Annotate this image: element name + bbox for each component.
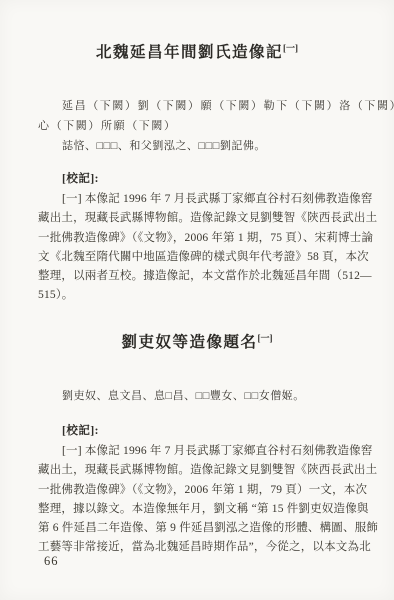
inscription-line: 劉吏奴、息文昌、息□昌、□□豐女、□□女僧姬。: [38, 386, 368, 406]
collation-line: 第 6 件延昌二年造像、第 9 件延昌劉泓之造像的形體、構圖、服飾: [38, 519, 368, 538]
section2-title: 劉吏奴等造像題名[一]: [0, 330, 394, 352]
collation-line: 515）。: [38, 286, 368, 305]
collation-line: [一] 本像記 1996 年 7 月長武縣丁家鄉直谷村石刻佛教造像窖: [38, 442, 368, 461]
section2-title-text: 劉吏奴等造像題名: [121, 334, 257, 351]
collation-line: 藏出土，現藏長武縣博物館。造像記錄文見劉雙智《陝西長武出土: [38, 209, 368, 228]
section2-footnote-marker: [一]: [258, 333, 273, 343]
collation-line: 整理，以兩者互校。據造像記，本文當作於北魏延昌年間（512—: [38, 267, 368, 286]
collation-line: 一批佛教造像碑》（《文物》，2006 年第 1 期，75 頁）、宋莉博士論: [38, 229, 368, 248]
section1-title-text: 北魏延昌年間劉氏造像記: [96, 44, 283, 61]
section1-title: 北魏延昌年間劉氏造像記[一]: [0, 40, 394, 62]
collation-line: 一批佛教造像碑》（《文物》，2006 年第 1 期，79 頁）一文，本次: [38, 481, 368, 500]
section1-collation-header: [校記]:: [62, 170, 99, 186]
inscription-line: 延昌（下闕）劉（下闕）願（下闕）勒下（下闕）洛（下闕）: [38, 96, 368, 116]
section2-collation-note: [一] 本像記 1996 年 7 月長武縣丁家鄉直谷村石刻佛教造像窖 藏出土，現…: [38, 442, 368, 558]
collation-line: 工藝等非常接近，當為北魏延昌時期作品”，今從之，以本文為北: [38, 538, 368, 557]
inscription-line: 心（下闕）所願（下闕）: [38, 116, 368, 136]
page-number: 66: [44, 554, 59, 569]
section1-inscription: 延昌（下闕）劉（下闕）願（下闕）勒下（下闕）洛（下闕） 心（下闕）所願（下闕） …: [38, 96, 368, 156]
section2-inscription: 劉吏奴、息文昌、息□昌、□□豐女、□□女僧姬。: [38, 386, 368, 406]
section1-footnote-marker: [一]: [283, 43, 298, 53]
collation-line: [一] 本像記 1996 年 7 月長武縣丁家鄉直谷村石刻佛教造像窖: [38, 190, 368, 209]
section1-collation-note: [一] 本像記 1996 年 7 月長武縣丁家鄉直谷村石刻佛教造像窖 藏出土，現…: [38, 190, 368, 306]
inscription-line: 誌悋、□□□、和父劉泓之、□□□劉記佛。: [38, 136, 368, 156]
collation-line: 整理，據以錄文。本造像無年月，劉文稱 “第 15 件劉吏奴造像與: [38, 500, 368, 519]
book-page: 北魏延昌年間劉氏造像記[一] 延昌（下闕）劉（下闕）願（下闕）勒下（下闕）洛（下…: [0, 0, 394, 600]
section2-collation-header: [校記]:: [62, 422, 99, 438]
collation-line: 文《北魏至隋代關中地區造像碑的樣式與年代考證》58 頁，本次: [38, 248, 368, 267]
collation-line: 藏出土，現藏長武縣博物館。造像記錄文見劉雙智《陝西長武出土: [38, 461, 368, 480]
